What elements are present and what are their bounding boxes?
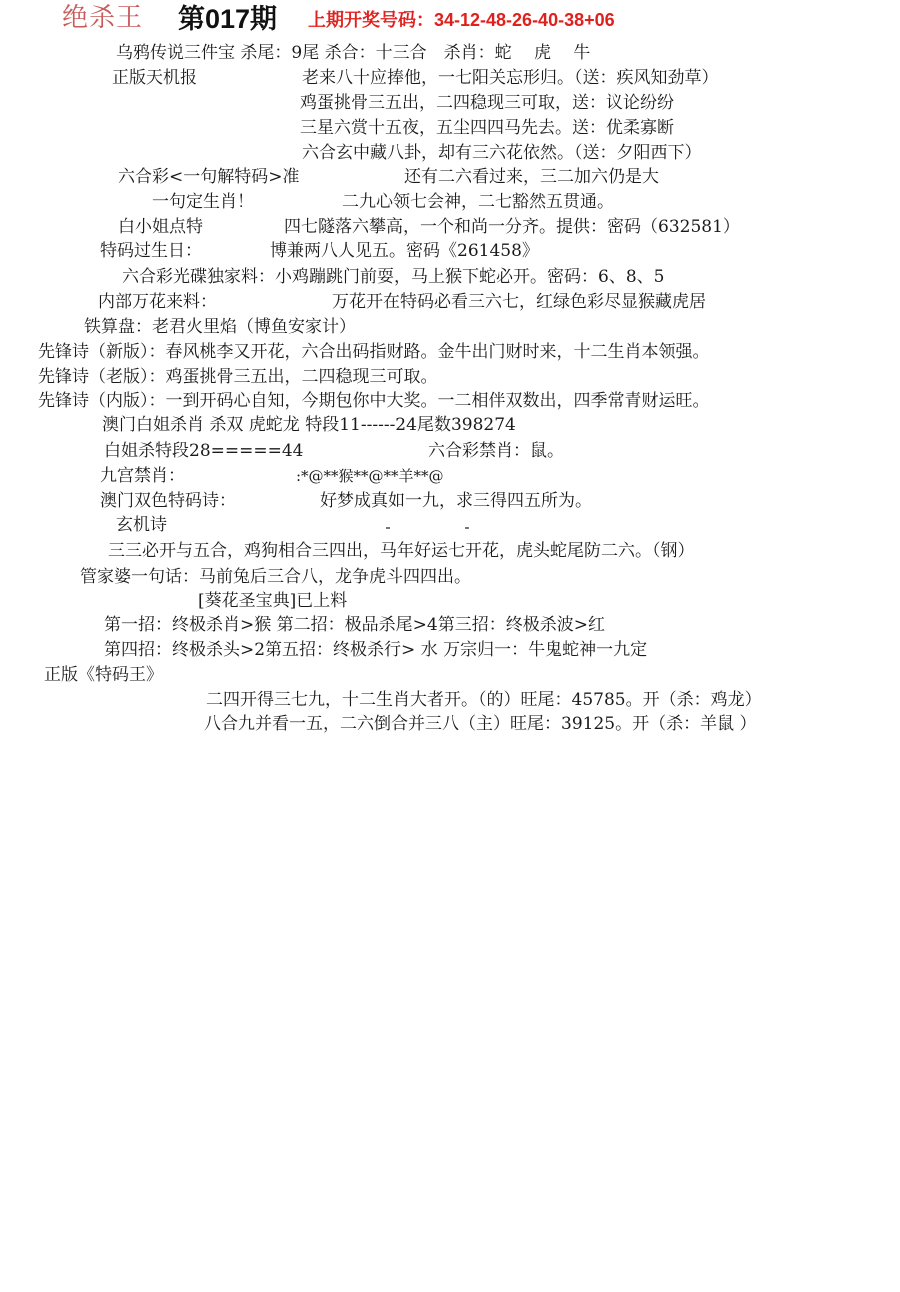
moves-4-5: 第四招：终极杀头>2第五招：终极杀行> 水 万宗归一：牛鬼蛇神一九定: [104, 639, 647, 661]
special-king-line-2: 八合九并看一五，二六倒合并三八（主）旺尾：39125。开（杀：羊鼠 ）: [204, 713, 756, 735]
zodiac-label: 一句定生肖！: [152, 191, 254, 213]
abacus-line: 铁算盘：老君火里焰（博鱼安家计）: [84, 316, 356, 338]
sunflower-title: [葵花圣宝典]已上料: [198, 590, 347, 612]
one-line-special-label: 六合彩<一句解特码>准: [118, 166, 300, 188]
issue-number: 第017期: [178, 2, 277, 36]
special-king-title: 正版《特码王》: [44, 664, 163, 686]
zodiac-text: 二九心领七会神，二七豁然五贯通。: [342, 191, 614, 213]
tianji-poem-2: 鸡蛋挑骨三五出，二四稳现三可取，送：议论纷纷: [300, 92, 674, 114]
wanhua-text: 万花开在特码必看三六七，红绿色彩尽显猴藏虎居: [332, 291, 706, 313]
macau-bai-kill-line: 澳门白姐杀肖 杀双 虎蛇龙 特段11------24尾数398274: [102, 414, 516, 436]
brand-logo: 绝杀王: [62, 2, 143, 34]
mystic-poem-text: 三三必开与五合，鸡狗相合三四出，马年好运七开花，虎头蛇尾防二六。（钢）: [108, 540, 695, 562]
stray-mark: [386, 527, 390, 529]
birthday-text: 博兼两八人见五。密码《261458》: [270, 240, 539, 262]
nine-palace-text: :*@**猴**@**羊**@: [296, 465, 444, 487]
crow-legend-line: 乌鸦传说三件宝 杀尾：9尾 杀合：十三合 杀肖：蛇 虎 牛: [116, 42, 590, 64]
disc-exclusive-line: 六合彩光碟独家料：小鸡蹦跳门前耍，马上猴下蛇必开。密码：6、8、5: [122, 266, 664, 288]
wanhua-label: 内部万花来料：: [98, 291, 217, 313]
tianji-poem-1: 老来八十应捧他，一七阳关忘形归。（送：疾风知劲草）: [302, 67, 719, 89]
housekeeper-line: 管家婆一句话：马前兔后三合八，龙争虎斗四四出。: [80, 566, 471, 588]
pioneer-poem-inner: 先锋诗（内版）：一到开码心自知，今期包你中大奖。一二相伴双数出，四季常青财运旺。: [38, 390, 710, 412]
pioneer-poem-new: 先锋诗（新版）：春风桃李又开花，六合出码指财路。金牛出门财时来，十二生肖本领强。: [38, 341, 710, 363]
nine-palace-label: 九宫禁肖：: [100, 465, 185, 487]
forbidden-zodiac: 六合彩禁肖：鼠。: [428, 440, 564, 462]
miss-bai-label: 白小姐点特: [118, 216, 203, 238]
tianji-poem-3: 三星六赏十五夜，五尘四四马先去。送：优柔寡断: [300, 117, 674, 139]
tianji-label: 正版天机报: [112, 67, 197, 89]
miss-bai-text: 四七隧落六攀高，一个和尚一分齐。提供：密码（632581）: [284, 216, 740, 238]
stray-mark: [465, 527, 469, 529]
moves-1-3: 第一招：终极杀肖>猴 第二招：极品杀尾>4第三招：终极杀波>红: [104, 614, 605, 636]
bai-kill-range: 白姐杀特段28=====44: [104, 440, 303, 462]
macau-color-poem-text: 好梦成真如一九，求三得四五所为。: [320, 490, 592, 512]
one-line-special-text: 还有二六看过来，三二加六仍是大: [404, 166, 659, 188]
tianji-poem-4: 六合玄中藏八卦，却有三六花依然。（送：夕阳西下）: [302, 142, 702, 164]
special-king-line-1: 二四开得三七九，十二生肖大者开。（的）旺尾：45785。开（杀：鸡龙）: [206, 689, 762, 711]
mystic-poem-title: 玄机诗: [116, 514, 167, 536]
birthday-label: 特码过生日：: [100, 240, 202, 262]
pioneer-poem-old: 先锋诗（老版）：鸡蛋挑骨三五出，二四稳现三可取。: [38, 366, 438, 388]
macau-color-poem-label: 澳门双色特码诗：: [100, 490, 236, 512]
last-draw-numbers: 上期开奖号码：34-12-48-26-40-38+06: [308, 8, 615, 32]
